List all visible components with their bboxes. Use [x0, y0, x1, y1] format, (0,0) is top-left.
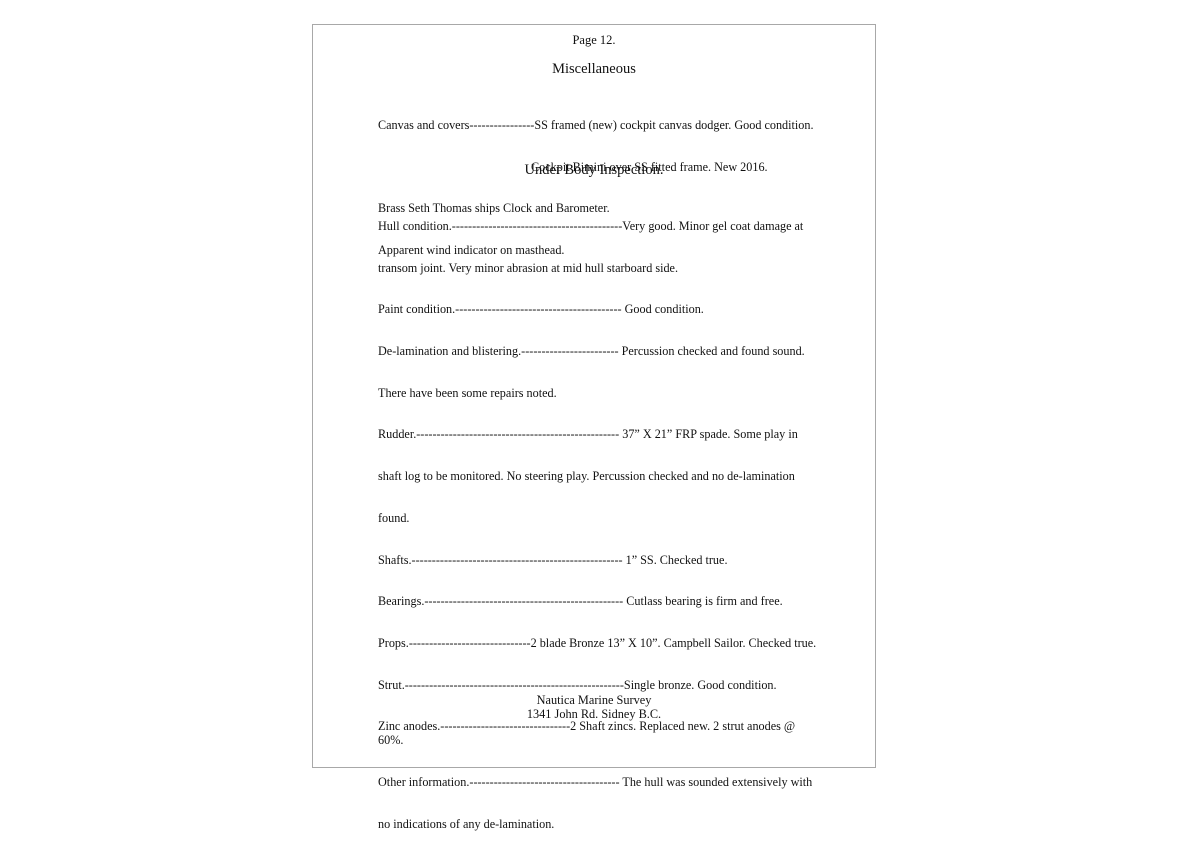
page-number: Page 12. [313, 33, 875, 48]
under-line-delamination: De-lamination and blistering.-----------… [378, 345, 818, 359]
under-line-zinc-anodes: Zinc anodes.----------------------------… [378, 720, 818, 748]
under-line-strut: Strut.----------------------------------… [378, 679, 818, 693]
under-line-props: Props.------------------------------2 bl… [378, 637, 818, 651]
under-line-paint: Paint condition.------------------------… [378, 303, 818, 317]
document-page: Page 12. Miscellaneous Canvas and covers… [312, 24, 876, 768]
misc-line-canvas-covers: Canvas and covers----------------SS fram… [378, 119, 818, 133]
under-line-delamination-cont: There have been some repairs noted. [378, 387, 818, 401]
under-line-hull: Hull condition.-------------------------… [378, 220, 818, 234]
under-line-rudder-cont2: found. [378, 512, 818, 526]
section-title-under-body: Under Body Inspection. [313, 162, 875, 179]
under-line-shafts: Shafts.---------------------------------… [378, 554, 818, 568]
under-line-rudder-cont: shaft log to be monitored. No steering p… [378, 470, 818, 484]
under-line-other-info: Other information.----------------------… [378, 776, 818, 790]
under-line-hull-cont: transom joint. Very minor abrasion at mi… [378, 262, 818, 276]
footer-address: 1341 John Rd. Sidney B.C. [313, 708, 875, 722]
page-footer: Nautica Marine Survey 1341 John Rd. Sidn… [313, 694, 875, 722]
under-line-rudder: Rudder.---------------------------------… [378, 428, 818, 442]
section-title-miscellaneous: Miscellaneous [313, 61, 875, 78]
under-line-bearings: Bearings.-------------------------------… [378, 595, 818, 609]
footer-company: Nautica Marine Survey [313, 694, 875, 708]
